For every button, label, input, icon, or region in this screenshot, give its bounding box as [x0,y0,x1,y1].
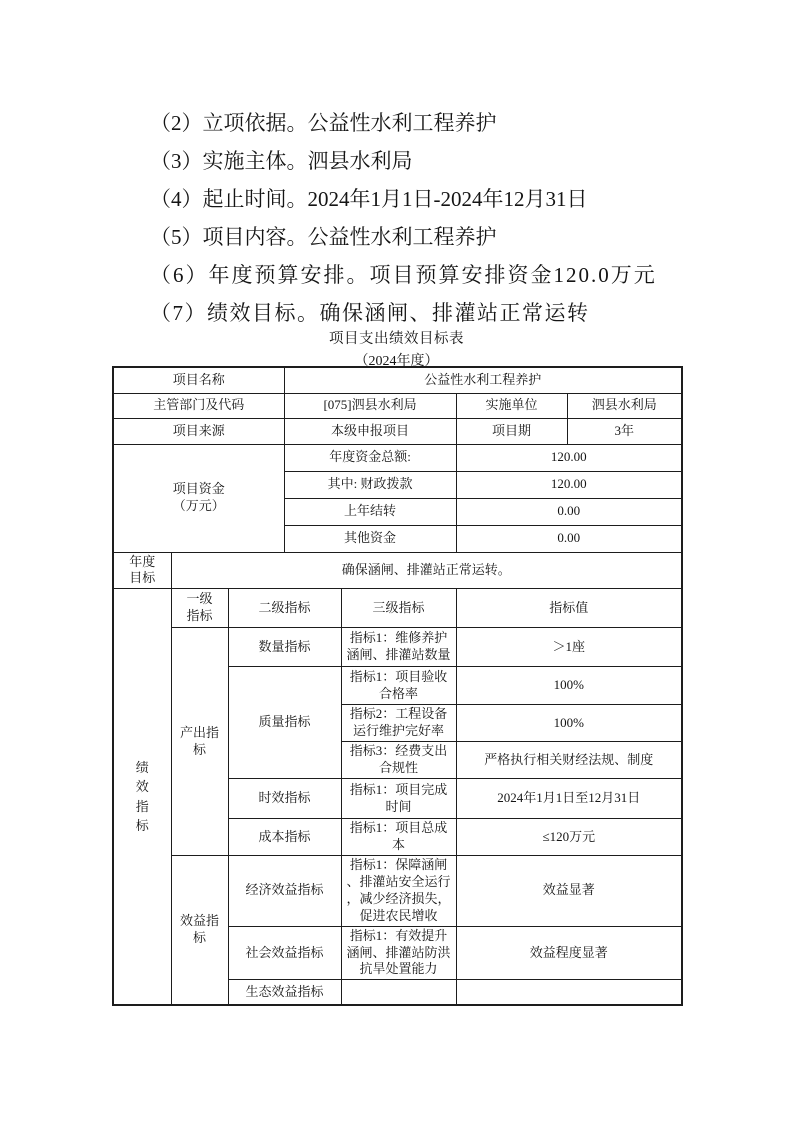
cell-economic-val1: 效益显著 [456,856,682,927]
row-project-name: 项目名称 公益性水利工程养护 [113,367,682,393]
cell-header-level1: 一级指标 [171,589,228,628]
cell-header-level2: 二级指标 [228,589,341,628]
cell-perf-label: 绩效指标 [113,589,171,1005]
cell-source-label: 项目来源 [113,418,284,444]
cell-annual-goal-value: 确保涵闸、排灌站正常运转。 [171,552,682,589]
cell-period-label: 项目期 [456,418,567,444]
cell-period-value: 3年 [567,418,682,444]
cell-group-output: 产出指标 [171,628,228,856]
cell-quality-label: 质量指标 [228,667,341,779]
cell-department-label: 主管部门及代码 [113,393,284,418]
cell-quality-val3: 严格执行相关财经法规、制度 [456,742,682,779]
cell-quality-ind3: 指标3：经费支出合规性 [341,742,456,779]
cell-quality-val2: 100% [456,705,682,742]
intro-item-5: （5）项目内容。公益性水利工程养护 [150,218,753,256]
table-title: 项目支出绩效目标表 [0,327,793,348]
group-output-text: 产出指标 [179,725,220,759]
funds-label-text: 项目资金（万元） [171,481,226,515]
cell-department-value: [075]泗县水利局 [284,393,456,418]
cell-project-name-value: 公益性水利工程养护 [284,367,682,393]
cell-funds-total-label: 年度资金总额: [284,444,456,471]
cell-eco-val-empty [456,980,682,1005]
cell-timeliness-ind1: 指标1：项目完成时间 [341,779,456,819]
annual-goal-label-text: 年度目标 [129,554,156,588]
row-source: 项目来源 本级申报项目 项目期 3年 [113,418,682,444]
cell-impl-unit-label: 实施单位 [456,393,567,418]
row-indicator-header: 绩效指标 一级指标 二级指标 三级指标 指标值 [113,589,682,628]
cell-funds-other-value: 0.00 [456,525,682,552]
cell-quantity-val1: ＞1座 [456,628,682,667]
cell-quantity-label: 数量指标 [228,628,341,667]
cell-social-val1: 效益程度显著 [456,926,682,980]
row-annual-goal: 年度目标 确保涵闸、排灌站正常运转。 [113,552,682,589]
cell-group-benefit: 效益指标 [171,856,228,1005]
cell-funds-carryover-value: 0.00 [456,498,682,525]
cell-header-value: 指标值 [456,589,682,628]
performance-target-table: 项目名称 公益性水利工程养护 主管部门及代码 [075]泗县水利局 实施单位 泗… [112,366,683,1006]
cell-funds-label: 项目资金（万元） [113,444,284,552]
cell-quality-ind1: 指标1：项目验收合格率 [341,667,456,705]
cell-quantity-ind1: 指标1：维修养护涵闸、排灌站数量 [341,628,456,667]
cell-social-label: 社会效益指标 [228,926,341,980]
cell-funds-total-value: 120.00 [456,444,682,471]
cell-header-level3: 三级指标 [341,589,456,628]
intro-item-4: （4）起止时间。2024年1月1日-2024年12月31日 [150,180,753,218]
cell-eco-label: 生态效益指标 [228,980,341,1005]
row-quantity: 产出指标 数量指标 指标1：维修养护涵闸、排灌站数量 ＞1座 [113,628,682,667]
cell-economic-ind1: 指标1：保障涵闸、排灌站安全运行，减少经济损失，促进农民增收 [341,856,456,927]
cell-cost-ind1: 指标1：项目总成本 [341,819,456,856]
cell-economic-label: 经济效益指标 [228,856,341,927]
cell-project-name-label: 项目名称 [113,367,284,393]
group-benefit-text: 效益指标 [179,913,220,947]
cell-funds-fiscal-label: 其中: 财政拨款 [284,471,456,498]
intro-item-6: （6）年度预算安排。项目预算安排资金120.0万元 [150,256,753,294]
intro-item-2: （2）立项依据。公益性水利工程养护 [150,104,753,142]
row-department: 主管部门及代码 [075]泗县水利局 实施单位 泗县水利局 [113,393,682,418]
cell-quality-ind2: 指标2：工程设备运行维护完好率 [341,705,456,742]
intro-item-3: （3）实施主体。泗县水利局 [150,142,753,180]
row-economic-benefit: 效益指标 经济效益指标 指标1：保障涵闸、排灌站安全运行，减少经济损失，促进农民… [113,856,682,927]
row-funds-total: 项目资金（万元） 年度资金总额: 120.00 [113,444,682,471]
perf-label-text: 绩效指标 [135,758,149,836]
cell-source-value: 本级申报项目 [284,418,456,444]
cell-annual-goal-label: 年度目标 [113,552,171,589]
cell-funds-carryover-label: 上年结转 [284,498,456,525]
document-page: （2）立项依据。公益性水利工程养护 （3）实施主体。泗县水利局 （4）起止时间。… [0,0,793,1122]
intro-paragraphs: （2）立项依据。公益性水利工程养护 （3）实施主体。泗县水利局 （4）起止时间。… [150,104,753,332]
cell-impl-unit-value: 泗县水利局 [567,393,682,418]
cell-social-ind1: 指标1：有效提升涵闸、排灌站防洪抗旱处置能力 [341,926,456,980]
cell-funds-fiscal-value: 120.00 [456,471,682,498]
cell-eco-ind-empty [341,980,456,1005]
cell-cost-val1: ≤120万元 [456,819,682,856]
cell-funds-other-label: 其他资金 [284,525,456,552]
header-level1-text: 一级指标 [186,591,213,625]
cell-cost-label: 成本指标 [228,819,341,856]
cell-timeliness-label: 时效指标 [228,779,341,819]
cell-quality-val1: 100% [456,667,682,705]
cell-timeliness-val1: 2024年1月1日至12月31日 [456,779,682,819]
